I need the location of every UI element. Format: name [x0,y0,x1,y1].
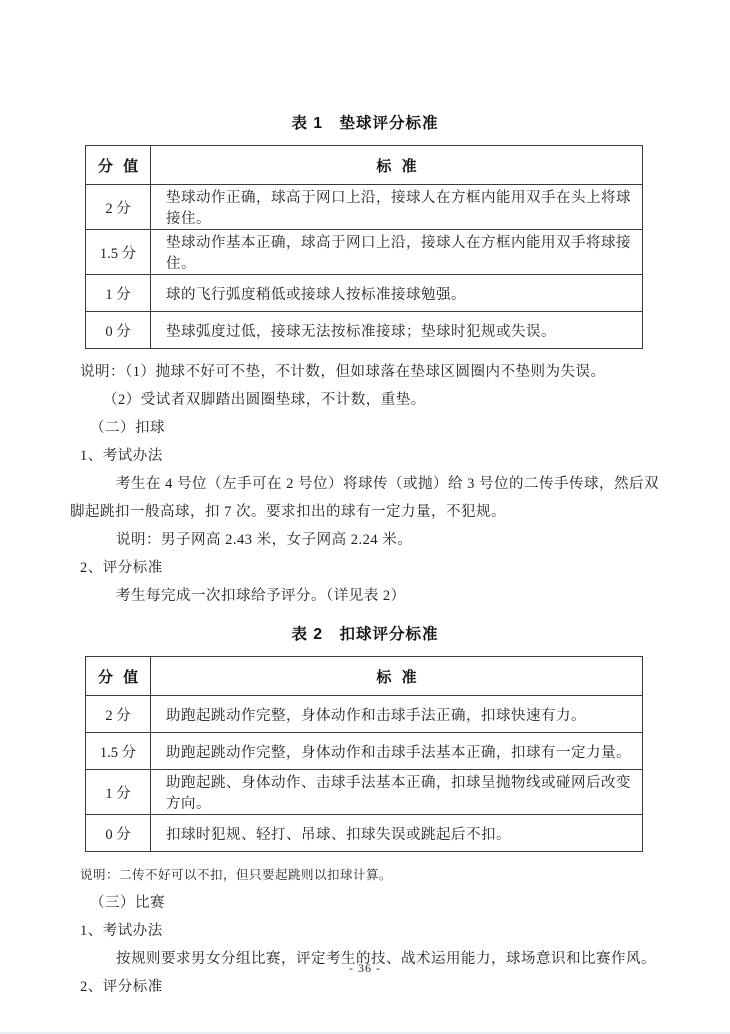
table-row: 1.5 分助跑起跳动作完整，身体动作和击球手法基本正确，扣球有一定力量。 [86,733,643,770]
score-cell: 2 分 [86,696,151,733]
table-2-title: 表 2 扣球评分标准 [0,624,730,646]
score-cell: 0 分 [86,312,151,349]
column-header: 分 值 [86,146,151,185]
text-line: 2、评分标准 [0,973,730,1001]
table-row: 1.5 分垫球动作基本正确，球高于网口上沿，接球人在方框内能用双手将球接住。 [86,230,643,275]
text-line: 说明：（1）抛球不好可不垫，不计数，但如球落在垫球区圆圈内不垫则为失误。 [0,358,730,386]
table-header-row: 分 值标 准 [86,657,643,696]
spiking-score-table: 分 值标 准2 分助跑起跳动作完整，身体动作和击球手法正确，扣球快速有力。1.5… [85,656,643,852]
table-row: 1 分球的飞行弧度稍低或接球人按标准接球勉强。 [86,275,643,312]
text-line: （二）扣球 [0,414,730,442]
table-row: 2 分垫球动作正确，球高于网口上沿，接球人在方框内能用双手在头上将球接住。 [86,185,643,230]
text-line: 2、评分标准 [0,554,730,582]
standard-cell: 垫球动作基本正确，球高于网口上沿，接球人在方框内能用双手将球接住。 [151,230,643,275]
column-header: 分 值 [86,657,151,696]
column-header: 标 准 [151,146,643,185]
document-content: 表 1 垫球评分标准分 值标 准2 分垫球动作正确，球高于网口上沿，接球人在方框… [0,0,730,1001]
text-line: （2）受试者双脚踏出圆圈垫球，不计数，重垫。 [0,386,730,414]
text-line: 说明：二传不好可以不扣，但只要起跳则以扣球计算。 [0,861,730,889]
table-header-row: 分 值标 准 [86,146,643,185]
standard-cell: 扣球时犯规、轻打、吊球、扣球失误或跳起后不扣。 [151,815,643,852]
table-row: 0 分垫球弧度过低，接球无法按标准接球；垫球时犯规或失误。 [86,312,643,349]
standard-cell: 垫球弧度过低，接球无法按标准接球；垫球时犯规或失误。 [151,312,643,349]
digging-score-table: 分 值标 准2 分垫球动作正确，球高于网口上沿，接球人在方框内能用双手在头上将球… [85,145,643,349]
document-page: 表 1 垫球评分标准分 值标 准2 分垫球动作正确，球高于网口上沿，接球人在方框… [0,0,730,1034]
score-cell: 1 分 [86,275,151,312]
text-line: 考生每完成一次扣球给予评分。（详见表 2） [0,582,730,610]
text-line: （三）比赛 [0,889,730,917]
table-row: 2 分助跑起跳动作完整，身体动作和击球手法正确，扣球快速有力。 [86,696,643,733]
table-1-title: 表 1 垫球评分标准 [0,113,730,135]
standard-cell: 球的飞行弧度稍低或接球人按标准接球勉强。 [151,275,643,312]
score-cell: 1.5 分 [86,230,151,275]
standard-cell: 助跑起跳动作完整，身体动作和击球手法正确，扣球快速有力。 [151,696,643,733]
table-row: 0 分扣球时犯规、轻打、吊球、扣球失误或跳起后不扣。 [86,815,643,852]
standard-cell: 助跑起跳动作完整，身体动作和击球手法基本正确，扣球有一定力量。 [151,733,643,770]
text-line: 考生在 4 号位（左手可在 2 号位）将球传（或抛）给 3 号位的二传手传球，然… [0,470,730,498]
score-cell: 1 分 [86,770,151,815]
table-row: 1 分助跑起跳、身体动作、击球手法基本正确，扣球呈抛物线或碰网后改变方向。 [86,770,643,815]
column-header: 标 准 [151,657,643,696]
score-cell: 0 分 [86,815,151,852]
text-line: 说明：男子网高 2.43 米，女子网高 2.24 米。 [0,526,730,554]
score-cell: 1.5 分 [86,733,151,770]
page-number: - 36 - [0,961,730,976]
standard-cell: 垫球动作正确，球高于网口上沿，接球人在方框内能用双手在头上将球接住。 [151,185,643,230]
text-line: 1、考试办法 [0,917,730,945]
text-line: 1、考试办法 [0,442,730,470]
text-line: 脚起跳扣一般高球，扣 7 次。要求扣出的球有一定力量，不犯规。 [0,498,730,526]
standard-cell: 助跑起跳、身体动作、击球手法基本正确，扣球呈抛物线或碰网后改变方向。 [151,770,643,815]
score-cell: 2 分 [86,185,151,230]
